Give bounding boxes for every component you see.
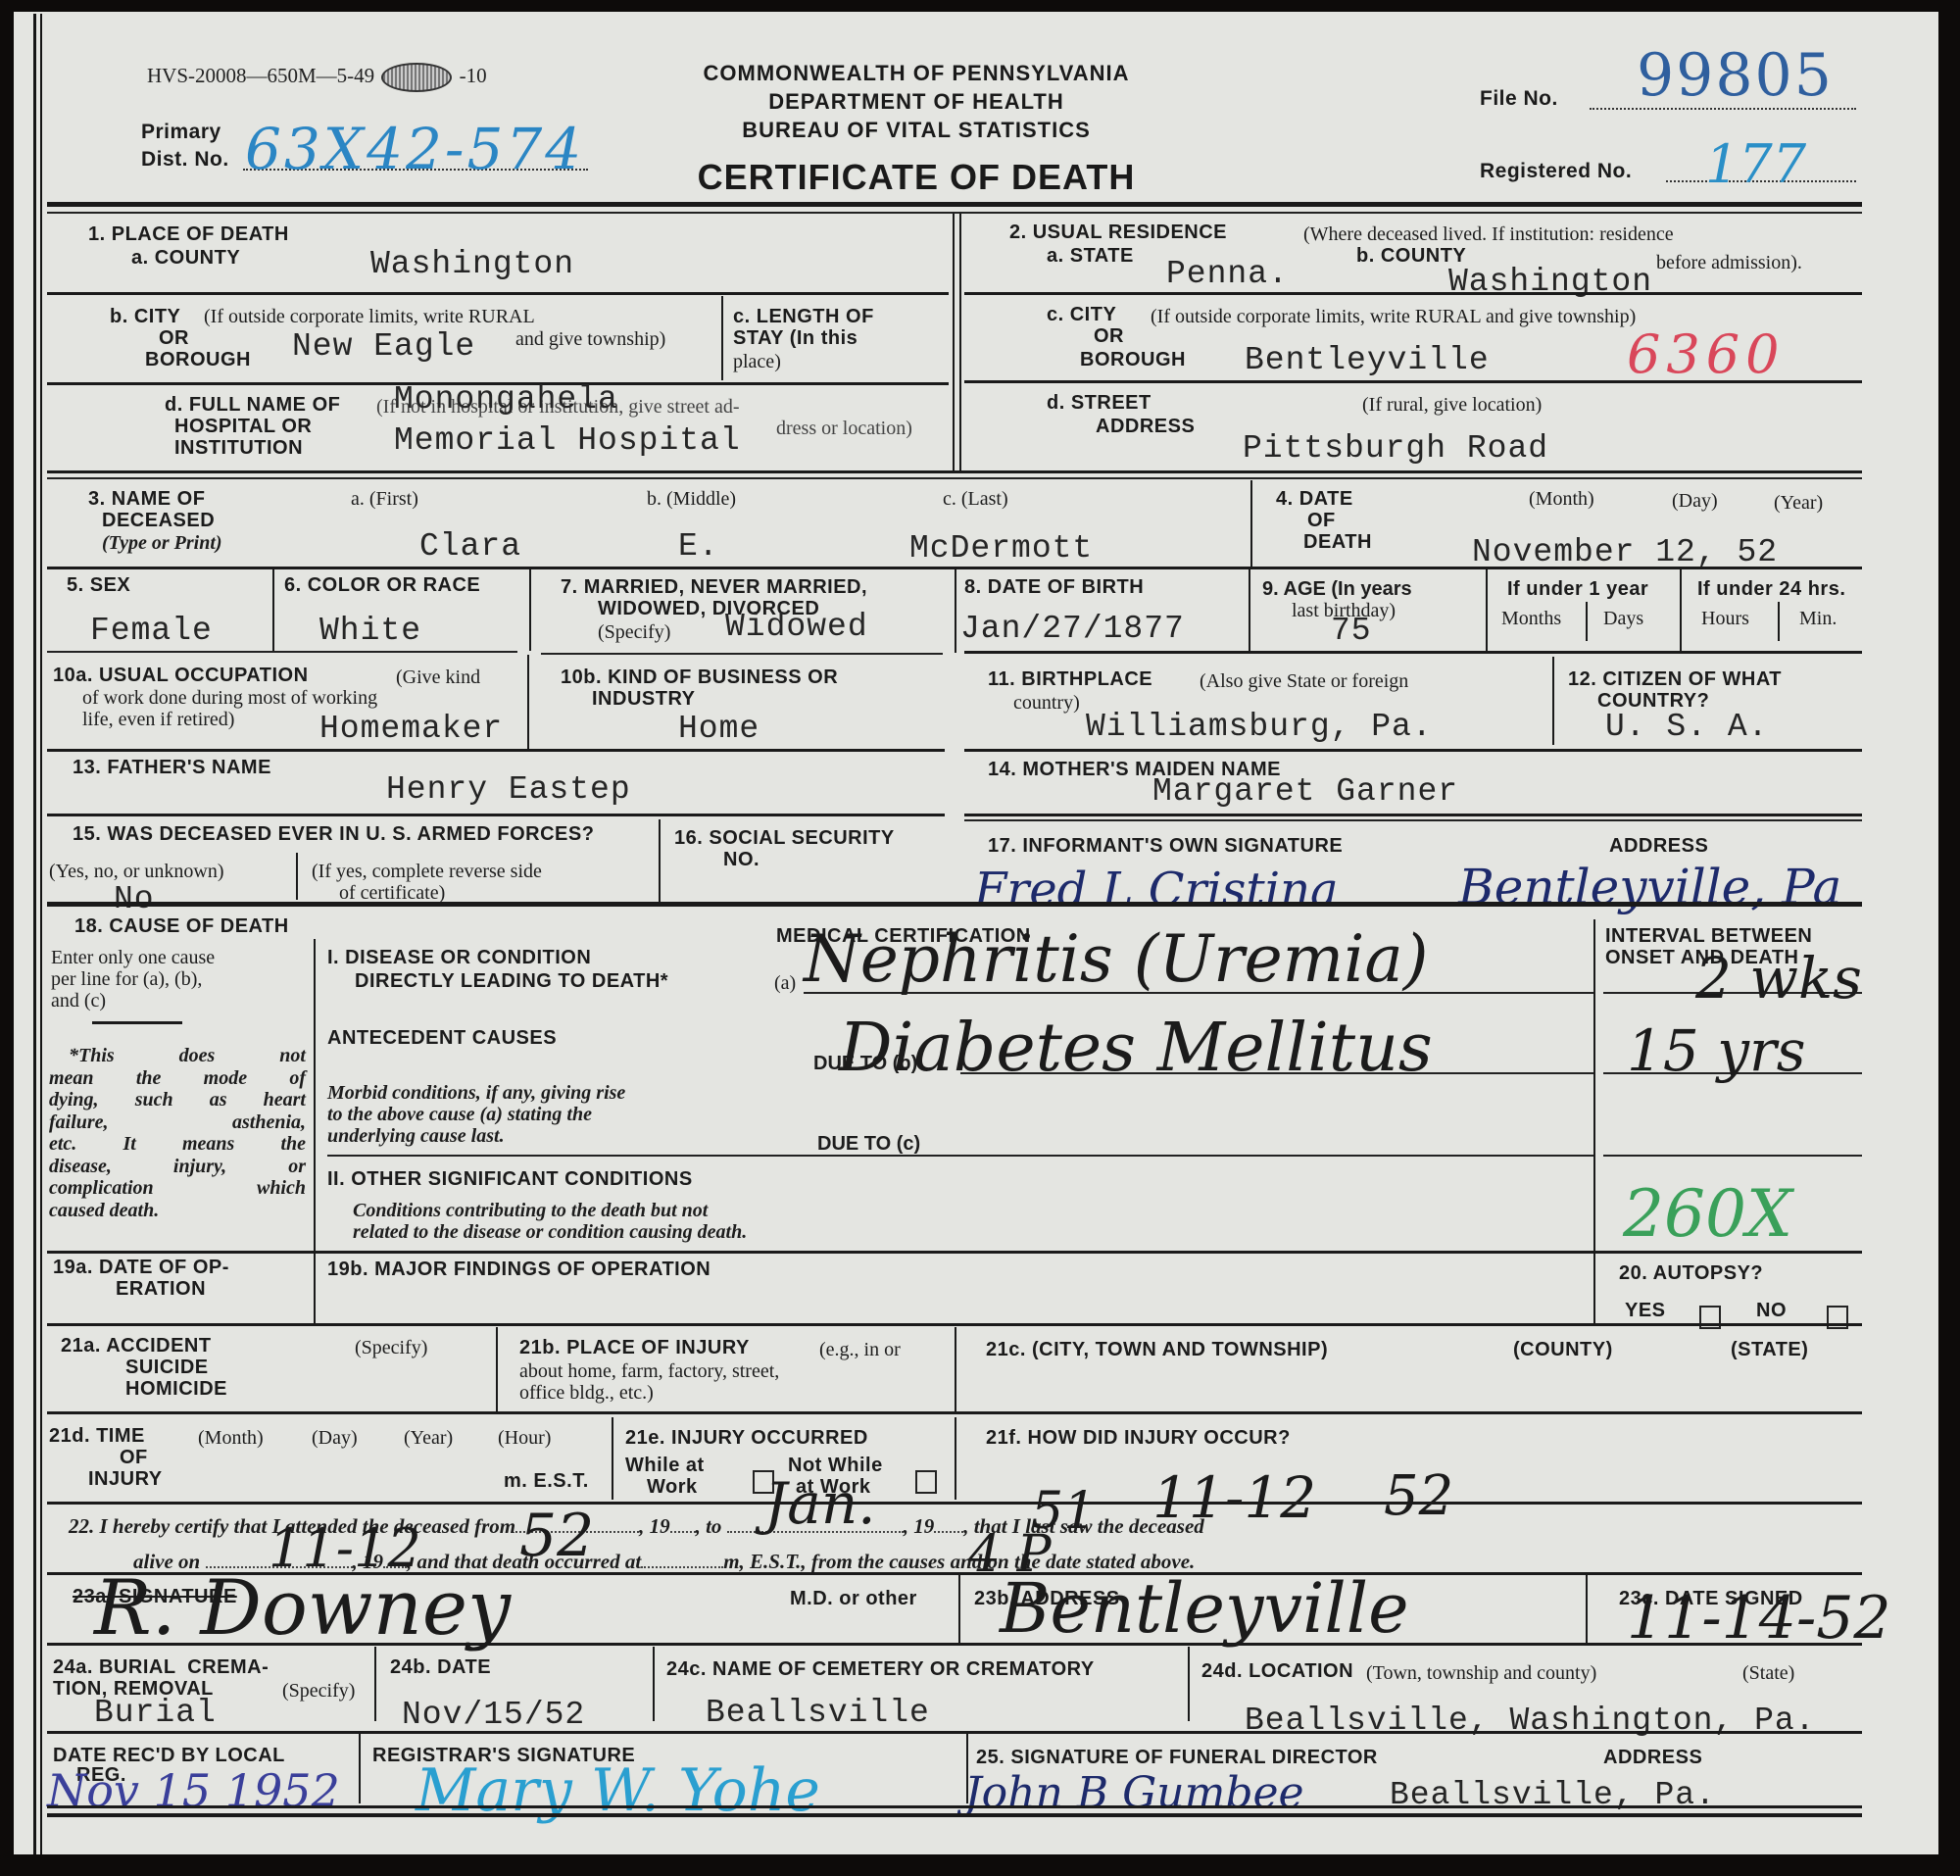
rule <box>527 655 529 749</box>
rule <box>314 1251 316 1323</box>
mother-name-value: Margaret Garner <box>1152 774 1458 810</box>
footnote-line: mean the mode of <box>49 1067 306 1090</box>
rule <box>1586 602 1588 641</box>
rule <box>1778 602 1780 641</box>
rule <box>1552 657 1554 745</box>
date-of-death-label-2: OF <box>1307 510 1336 531</box>
occupation-value: Homemaker <box>319 712 503 747</box>
burial-type-specify: (Specify) <box>282 1680 355 1702</box>
burial-date-label: 24b. DATE <box>390 1656 491 1678</box>
injury-hour-label: (Hour) <box>498 1427 551 1449</box>
rule <box>1486 568 1488 653</box>
sex-value: Female <box>90 614 213 649</box>
last-name-label: c. (Last) <box>943 488 1008 510</box>
date-received-label-1: DATE REC'D BY LOCAL <box>53 1745 285 1766</box>
accident-label-2: SUICIDE <box>125 1357 209 1378</box>
footnote-line: failure, asthenia, <box>49 1111 306 1134</box>
armed-forces-value: No <box>114 882 155 917</box>
informant-signature: Fred L Cristina <box>974 863 1339 917</box>
residence-city-label: c. CITY <box>1047 304 1116 325</box>
rule <box>1250 480 1252 567</box>
rule <box>955 1327 956 1411</box>
rule <box>1586 1574 1588 1643</box>
date-received-value: Nov 15 1952 <box>47 1764 340 1817</box>
rule <box>47 1813 1862 1817</box>
under-24-hrs-label: If under 24 hrs. <box>1697 578 1845 600</box>
dob-label: 8. DATE OF BIRTH <box>964 576 1144 598</box>
residence-city-note: (If outside corporate limits, write RURA… <box>1151 306 1636 327</box>
dist-no-label: Dist. No. <box>141 149 229 171</box>
form-code-suffix: -10 <box>460 64 487 87</box>
cause-instruction-1: Enter only one cause <box>51 947 215 968</box>
due-to-c-label: DUE TO (c) <box>817 1133 920 1155</box>
residence-city-value: Bentleyville <box>1245 343 1490 378</box>
injury-occurred-label: 21e. INJURY OCCURRED <box>625 1427 868 1449</box>
rule <box>964 651 1862 654</box>
usual-residence-note-1: (Where deceased lived. If institution: r… <box>1303 223 1674 245</box>
burial-type-label-1: 24a. BURIAL CREMA- <box>53 1656 269 1678</box>
not-at-work-checkbox[interactable] <box>915 1470 937 1494</box>
armed-forces-ifyes-note-1: (If yes, complete reverse side <box>312 861 542 882</box>
residence-street-label-2: ADDRESS <box>1096 416 1195 437</box>
birthplace-note-2: country) <box>1013 692 1080 714</box>
funeral-director-label: 25. SIGNATURE OF FUNERAL DIRECTOR <box>976 1747 1378 1768</box>
md-label: M.D. or other <box>790 1588 917 1609</box>
operation-findings-label: 19b. MAJOR FINDINGS OF OPERATION <box>327 1259 710 1280</box>
injury-day-label: (Day) <box>312 1427 358 1449</box>
marital-label-3: (Specify) <box>598 621 670 643</box>
footnote-line: etc. It means the <box>49 1133 306 1156</box>
operation-date-label-2: ERATION <box>116 1278 206 1300</box>
rule <box>47 470 1862 473</box>
rule <box>955 1417 956 1500</box>
injury-time-label-3: INJURY <box>88 1468 163 1490</box>
informant-signature-label: 17. INFORMANT'S OWN SIGNATURE <box>988 835 1343 857</box>
cause-b-value: Diabetes Mellitus <box>839 1010 1433 1087</box>
race-value: White <box>319 614 421 649</box>
under-1-year-label: If under 1 year <box>1507 578 1648 600</box>
rule <box>47 1323 1862 1326</box>
rule <box>958 1574 960 1643</box>
social-security-label-2: NO. <box>723 849 759 870</box>
rule <box>47 1502 1862 1505</box>
cemetery-label: 24c. NAME OF CEMETERY OR CREMATORY <box>666 1658 1095 1680</box>
residence-street-value: Pittsburgh Road <box>1243 431 1548 467</box>
residence-street-label-1: d. STREET <box>1047 392 1151 414</box>
usual-residence-label: 2. USUAL RESIDENCE <box>1009 222 1227 243</box>
armed-forces-label: 15. WAS DECEASED EVER IN U. S. ARMED FOR… <box>73 823 594 845</box>
middle-name-value: E. <box>678 529 719 565</box>
dist-no-value: 63X42-574 <box>245 116 584 182</box>
autopsy-yes-label: YES <box>1625 1300 1666 1321</box>
hospital-label-2: HOSPITAL OR <box>174 416 312 437</box>
residence-state-value: Penna. <box>1166 257 1289 292</box>
days-label: Days <box>1603 608 1643 629</box>
rule <box>541 653 943 655</box>
rule <box>1188 1647 1190 1721</box>
file-no-label: File No. <box>1480 88 1558 110</box>
autopsy-no-label: NO <box>1756 1300 1787 1321</box>
agency-line-1: COMMONWEALTH OF PENNSYLVANIA <box>647 61 1186 86</box>
middle-name-label: b. (Middle) <box>647 488 736 510</box>
footnote-line: disease, injury, or <box>49 1156 306 1178</box>
father-name-value: Henry Eastep <box>386 772 631 808</box>
cause-a-value: Nephritis (Uremia) <box>804 921 1428 997</box>
while-at-work-label-2: Work <box>647 1476 698 1498</box>
rule <box>47 902 1862 907</box>
agency-line-2: DEPARTMENT OF HEALTH <box>647 89 1186 115</box>
business-label-1: 10b. KIND OF BUSINESS OR <box>561 666 838 688</box>
footnote-line: complication which <box>49 1177 306 1200</box>
date-of-death-label-1: 4. DATE <box>1276 488 1353 510</box>
hours-label: Hours <box>1701 608 1749 629</box>
last-name-value: McDermott <box>909 531 1093 567</box>
sex-label: 5. SEX <box>67 574 130 596</box>
rule <box>964 749 1862 752</box>
race-label: 6. COLOR OR RACE <box>284 574 480 596</box>
certify-text-b: , 19 <box>639 1514 670 1538</box>
birthplace-value: Williamsburg, Pa. <box>1086 710 1433 745</box>
part1-label-1: I. DISEASE OR CONDITION <box>327 947 591 968</box>
accident-specify: (Specify) <box>355 1337 427 1358</box>
rule <box>496 1327 498 1411</box>
residence-state-label: a. STATE <box>1047 245 1134 267</box>
physician-signature: R. Downey <box>94 1564 511 1653</box>
rule <box>721 296 723 380</box>
registered-no-value: 177 <box>1705 133 1806 195</box>
occupation-label: 10a. USUAL OCCUPATION <box>53 665 309 686</box>
residence-city-borough: BOROUGH <box>1080 349 1186 370</box>
antecedent-causes-label: ANTECEDENT CAUSES <box>327 1027 557 1049</box>
date-of-death-value: November 12, 52 <box>1472 535 1778 570</box>
part1-label-2: DIRECTLY LEADING TO DEATH* <box>355 970 668 992</box>
autopsy-label: 20. AUTOPSY? <box>1619 1262 1763 1284</box>
burial-location-state: (State) <box>1742 1662 1794 1684</box>
injury-time-label-1: 21d. TIME <box>49 1425 145 1447</box>
usual-residence-note-2: before admission). <box>1656 252 1802 273</box>
residence-street-note: (If rural, give location) <box>1362 394 1542 416</box>
while-at-work-label-1: While at <box>625 1455 705 1476</box>
operation-date-label-1: 19a. DATE OF OP- <box>53 1257 229 1278</box>
alive-on-year: 52 <box>519 1502 594 1570</box>
header-rule-thick <box>47 202 1862 207</box>
cause-a-label: (a) <box>774 972 796 994</box>
citizen-value: U. S. A. <box>1605 710 1768 745</box>
certify-text-d: , 19 <box>904 1514 935 1538</box>
death-county-label: a. COUNTY <box>131 247 240 269</box>
rule <box>1593 919 1595 1251</box>
deceased-name-label-1: 3. NAME OF <box>88 488 205 510</box>
rule <box>1249 568 1250 653</box>
residence-city-or: OR <box>1094 325 1124 347</box>
social-security-label-1: 16. SOCIAL SECURITY <box>674 827 895 849</box>
footnote-line: dying, such as heart <box>49 1089 306 1111</box>
citizen-label-1: 12. CITIZEN OF WHAT <box>1568 668 1782 690</box>
length-of-stay-label-3: place) <box>733 351 781 372</box>
rule <box>955 568 956 653</box>
rule <box>964 292 1862 295</box>
dob-value: Jan/27/1877 <box>960 612 1185 647</box>
injury-place-label: 21b. PLACE OF INJURY <box>519 1337 750 1358</box>
injury-est-label: m. E.S.T. <box>504 1470 589 1492</box>
md-label-text: M.D. or other <box>790 1588 917 1609</box>
age-label-1: 9. AGE (In years <box>1262 578 1412 600</box>
injury-place-note-3: office bldg., etc.) <box>519 1382 654 1404</box>
occupation-note-3: life, even if retired) <box>82 709 234 730</box>
first-name-value: Clara <box>419 529 521 565</box>
interval-b-value: 15 yrs <box>1627 1017 1806 1084</box>
deceased-name-label-3: (Type or Print) <box>102 532 222 554</box>
how-injury-label: 21f. HOW DID INJURY OCCUR? <box>986 1427 1291 1449</box>
rule <box>47 1643 1862 1646</box>
hospital-label-1: d. FULL NAME OF <box>165 394 340 416</box>
rule <box>47 1731 1862 1734</box>
primary-label: Primary <box>141 122 221 143</box>
left-border-rule <box>33 14 42 1854</box>
min-label: Min. <box>1799 608 1837 629</box>
morbid-note-2: to the above cause (a) stating the <box>327 1104 592 1125</box>
attended-to-year: 52 <box>1384 1464 1453 1528</box>
rule <box>47 292 949 295</box>
injury-county-label: (COUNTY) <box>1513 1339 1613 1360</box>
injury-month-label: (Month) <box>198 1427 264 1449</box>
death-city-note2: and give township) <box>515 328 665 350</box>
occupation-note-1: (Give kind <box>396 666 480 688</box>
rule <box>272 568 274 651</box>
header-rule-thin <box>47 212 1862 214</box>
rule <box>314 939 316 1251</box>
cause-instruction-3: and (c) <box>51 990 106 1012</box>
burial-date-value: Nov/15/52 <box>402 1698 585 1733</box>
agency-line-3: BUREAU OF VITAL STATISTICS <box>647 118 1186 143</box>
hospital-value-1: Monongahela <box>394 382 618 418</box>
rule <box>47 651 517 653</box>
rule <box>612 1417 613 1500</box>
physician-address: Bentleyville <box>1000 1568 1409 1649</box>
deceased-name-label-2: DECEASED <box>102 510 215 531</box>
registered-no-label: Registered No. <box>1480 161 1632 182</box>
birthplace-label: 11. BIRTHPLACE <box>988 668 1152 690</box>
death-city-or: OR <box>159 327 189 349</box>
informant-address-label: ADDRESS <box>1609 835 1708 857</box>
union-label-seal-icon <box>381 63 452 92</box>
form-code: HVS-20008—650M—5-49 -10 <box>147 63 487 92</box>
length-of-stay-label-2: STAY (In this <box>733 327 857 349</box>
funeral-address-label: ADDRESS <box>1603 1747 1702 1768</box>
footnote-line: *This does not <box>49 1045 306 1067</box>
rule <box>359 1733 361 1803</box>
part2-note-2: related to the disease or condition caus… <box>353 1221 747 1243</box>
marital-value: Widowed <box>725 610 868 645</box>
rule <box>47 1805 1862 1808</box>
residence-city-code: 6360 <box>1627 323 1785 385</box>
rule <box>1680 568 1682 653</box>
cause-of-death-label: 18. CAUSE OF DEATH <box>74 915 289 937</box>
injury-place-note-1: (e.g., in or <box>819 1339 901 1360</box>
first-name-label: a. (First) <box>351 488 418 510</box>
age-value: 75 <box>1331 614 1372 649</box>
rule <box>1593 1251 1595 1325</box>
burial-location-note: (Town, township and county) <box>1366 1662 1596 1684</box>
funeral-director-signature: John B Gumbee <box>964 1768 1304 1818</box>
footnote-line: caused death. <box>49 1200 306 1222</box>
injury-state-label: (STATE) <box>1731 1339 1808 1360</box>
place-of-death-label: 1. PLACE OF DEATH <box>88 223 289 245</box>
accident-label-3: HOMICIDE <box>125 1378 227 1400</box>
rule <box>1603 1155 1862 1157</box>
father-name-label: 13. FATHER'S NAME <box>73 757 271 778</box>
death-county-value: Washington <box>370 247 574 282</box>
rule <box>374 1647 376 1721</box>
rule <box>296 853 298 900</box>
burial-location-label: 24d. LOCATION <box>1201 1660 1353 1682</box>
age-label-1-text: 9. AGE (In years <box>1262 578 1412 600</box>
attended-to-value: 11-12 <box>1152 1464 1316 1531</box>
cause-code: 260X <box>1623 1176 1792 1252</box>
rule <box>529 568 531 651</box>
file-no-value: 99805 <box>1637 41 1834 110</box>
length-of-stay-label-1: c. LENGTH OF <box>733 306 874 327</box>
death-city-borough: BOROUGH <box>145 349 251 370</box>
birthplace-note-1: (Also give State or foreign <box>1200 670 1408 692</box>
rule <box>659 819 661 902</box>
form-code-text: HVS-20008—650M—5-49 <box>147 64 374 87</box>
center-double-rule-a <box>953 214 955 470</box>
rule <box>964 819 1862 821</box>
cause-footnote: *This does not mean the mode of dying, s… <box>49 1045 306 1221</box>
rule <box>92 1021 182 1024</box>
injury-time-label-2: OF <box>120 1447 148 1468</box>
death-city-value: New Eagle <box>292 329 475 365</box>
morbid-note-3: underlying cause last. <box>327 1125 505 1147</box>
interval-label-1: INTERVAL BETWEEN <box>1605 925 1812 947</box>
morbid-note-1: Morbid conditions, if any, giving rise <box>327 1082 625 1104</box>
rule <box>47 1251 1862 1254</box>
informant-address: Bentleyville, Pa <box>1458 859 1841 915</box>
accident-label-1: 21a. ACCIDENT <box>61 1335 212 1357</box>
injury-place-note-2: about home, farm, factory, street, <box>519 1360 779 1382</box>
months-label: Months <box>1501 608 1561 629</box>
rule <box>327 1155 1595 1157</box>
rule <box>47 749 945 752</box>
rule <box>653 1647 655 1721</box>
attended-from-value: Jan. <box>764 1470 876 1537</box>
due-to-c-text: DUE TO (c) <box>817 1133 920 1155</box>
rule <box>47 814 945 816</box>
rule <box>964 814 1862 816</box>
marital-label-1: 7. MARRIED, NEVER MARRIED, <box>561 576 867 598</box>
occupation-note-2: of work done during most of working <box>82 687 377 709</box>
part2-note-1: Conditions contributing to the death but… <box>353 1200 708 1221</box>
certify-text-c: , to <box>696 1514 722 1538</box>
cemetery-value: Beallsville <box>706 1696 930 1731</box>
burial-type-value: Burial <box>94 1696 217 1731</box>
date-of-death-label-3: DEATH <box>1303 531 1372 553</box>
part2-label: II. OTHER SIGNIFICANT CONDITIONS <box>327 1168 693 1190</box>
injury-year-label: (Year) <box>404 1427 453 1449</box>
business-value: Home <box>678 712 759 747</box>
dod-year-label: (Year) <box>1774 492 1823 514</box>
injury-city-label: 21c. (CITY, TOWN AND TOWNSHIP) <box>986 1339 1328 1360</box>
hospital-label-3: INSTITUTION <box>174 437 303 459</box>
rule <box>47 1411 1862 1414</box>
armed-forces-yn-note: (Yes, no, or unknown) <box>49 861 224 882</box>
page-title: CERTIFICATE OF DEATH <box>627 157 1205 198</box>
center-double-rule-b <box>959 214 961 470</box>
cause-instruction-2: per line for (a), (b), <box>51 968 202 990</box>
hospital-note-2: dress or location) <box>776 418 912 439</box>
armed-forces-ifyes-note-2: of certificate) <box>339 882 445 904</box>
death-city-label: b. CITY <box>110 306 180 327</box>
business-label-2: INDUSTRY <box>592 688 695 710</box>
death-city-note: (If outside corporate limits, write RURA… <box>204 306 535 327</box>
dod-day-label: (Day) <box>1672 490 1718 512</box>
hospital-value-2: Memorial Hospital <box>394 423 741 459</box>
rule <box>47 477 1862 479</box>
interval-a-value: 2 wks <box>1695 945 1862 1012</box>
dod-month-label: (Month) <box>1529 488 1594 510</box>
rule <box>964 380 1862 383</box>
